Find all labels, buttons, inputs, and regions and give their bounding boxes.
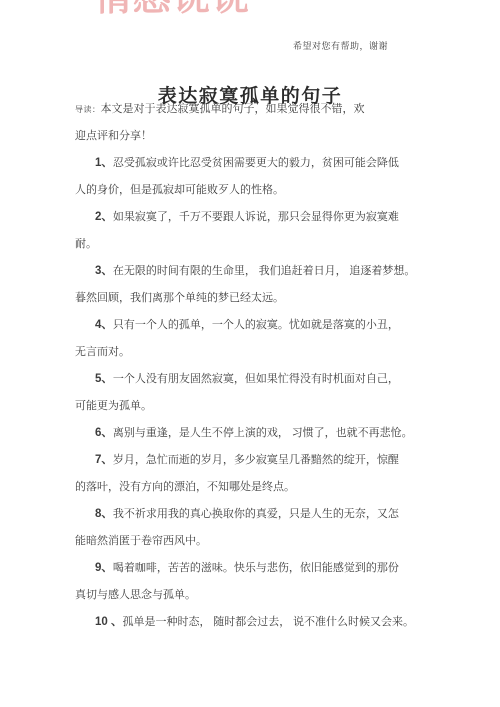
intro-text: 本文是对于表达寂寞孤单的句子，如果觉得很不错，欢 迎点评和分享！ (75, 103, 365, 142)
quote-item: 4、只有一个人的孤单，一个人的寂寞。忧如就是落寞的小丑， 无言而对。 (75, 312, 441, 366)
quote-item: 1、忍受孤寂或许比忍受贫困需要更大的毅力，贫困可能会降低 人的身价，但是孤寂却可… (75, 150, 441, 204)
quote-text: 如果寂寞了，千万不要跟人诉说，那只会显得你更为寂寞难 耐。 (75, 211, 399, 250)
intro-paragraph: 导读：本文是对于表达寂寞孤单的句子，如果觉得很不错，欢 迎点评和分享！ (75, 96, 441, 150)
quote-text: 在无限的时间有限的生命里， 我们追赶着日月， 追逐着梦想。 暮然回顾，我们离那个… (75, 265, 415, 304)
quote-number: 5、 (95, 373, 113, 385)
document-page: 情感说说 希望对您有帮助，谢谢 表达寂寞孤单的句子 导读：本文是对于表达寂寞孤单… (0, 0, 500, 707)
quote-item: 9、喝着咖啡，苦苦的滋味。快乐与悲伤，依旧能感觉到的那份 真切与感人思念与孤单。 (75, 555, 441, 609)
quote-number: 2、 (95, 211, 113, 223)
quote-text: 孤单是一种时态， 随时都会过去， 说不准什么时候又会来。 (123, 616, 415, 628)
quote-number: 1、 (95, 157, 113, 169)
quote-number: 8、 (95, 508, 113, 520)
quote-item: 5、一个人没有朋友固然寂寞，但如果忙得没有时机面对自己， 可能更为孤单。 (75, 366, 441, 420)
quote-text: 喝着咖啡，苦苦的滋味。快乐与悲伤，依旧能感觉到的那份 真切与感人思念与孤单。 (75, 562, 399, 601)
quote-number: 7、 (95, 454, 113, 466)
intro-label: 导读： (75, 105, 101, 114)
quote-text: 我不祈求用我的真心换取你的真爱，只是人生的无奈，又怎 能暗然消匿于卷帘西风中。 (75, 508, 399, 547)
header-note: 希望对您有帮助，谢谢 (293, 39, 388, 52)
quote-item: 8、我不祈求用我的真心换取你的真爱，只是人生的无奈，又怎 能暗然消匿于卷帘西风中… (75, 501, 441, 555)
quote-text: 忍受孤寂或许比忍受贫困需要更大的毅力，贫困可能会降低 人的身价，但是孤寂却可能败… (75, 157, 399, 196)
quote-text: 只有一个人的孤单，一个人的寂寞。忧如就是落寞的小丑， 无言而对。 (75, 319, 399, 358)
quote-number: 6、 (95, 427, 113, 439)
quote-number: 3、 (95, 265, 113, 277)
quote-item: 10 、孤单是一种时态， 随时都会过去， 说不准什么时候又会来。 (75, 609, 441, 636)
quote-number: 4、 (95, 319, 113, 331)
quote-text: 岁月，急忙而逝的岁月，多少寂寞呈几番黯然的绽开，惊醒 的落叶，没有方向的漂泊，不… (75, 454, 399, 493)
quote-item: 7、岁月，急忙而逝的岁月，多少寂寞呈几番黯然的绽开，惊醒 的落叶，没有方向的漂泊… (75, 447, 441, 501)
quote-item: 3、在无限的时间有限的生命里， 我们追赶着日月， 追逐着梦想。 暮然回顾，我们离… (75, 258, 441, 312)
quote-item: 6、离别与重逢，是人生不停上演的戏， 习惯了，也就不再悲怆。 (75, 420, 441, 447)
watermark-logo: 情感说说 (94, 0, 250, 17)
quote-number: 10 、 (95, 616, 123, 628)
quote-item: 2、如果寂寞了，千万不要跟人诉说，那只会显得你更为寂寞难 耐。 (75, 204, 441, 258)
document-body: 导读：本文是对于表达寂寞孤单的句子，如果觉得很不错，欢 迎点评和分享！ 1、忍受… (75, 96, 441, 636)
quote-text: 一个人没有朋友固然寂寞，但如果忙得没有时机面对自己， 可能更为孤单。 (75, 373, 399, 412)
quote-number: 9、 (95, 562, 113, 574)
quote-text: 离别与重逢，是人生不停上演的戏， 习惯了，也就不再悲怆。 (113, 427, 413, 439)
